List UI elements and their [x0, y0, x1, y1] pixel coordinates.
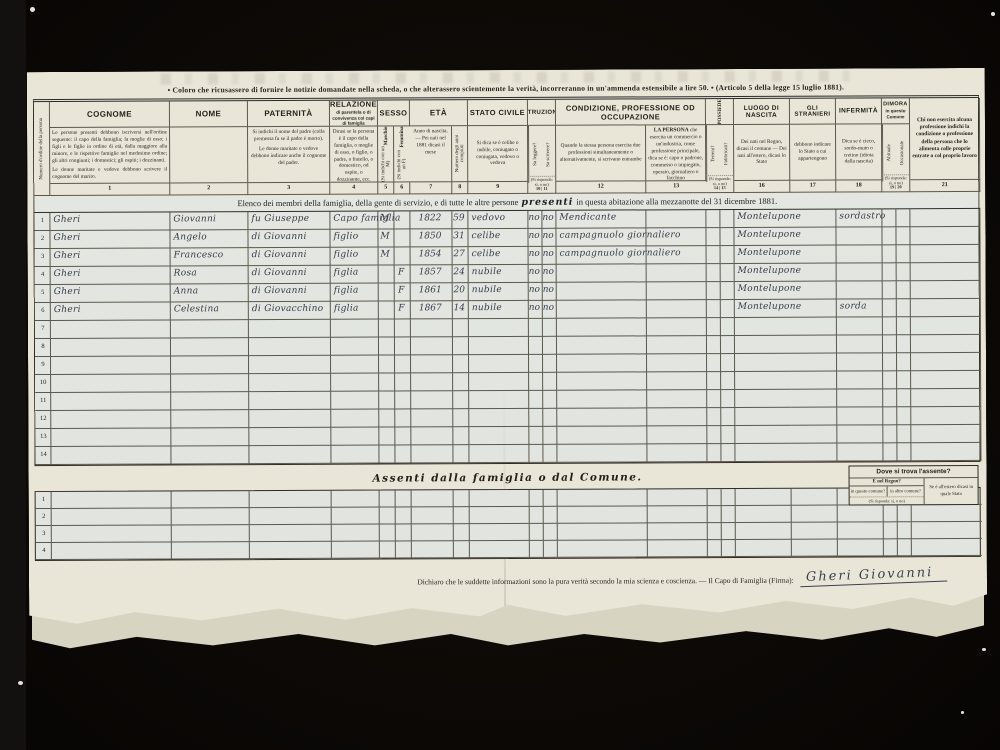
colnum-7: 7	[410, 182, 452, 194]
present-row-cell: 1822	[410, 211, 452, 229]
present-row-cell	[791, 264, 837, 282]
absent-row-cell	[412, 507, 454, 524]
present-row-cell: F	[395, 265, 411, 283]
present-row-cell	[707, 354, 721, 372]
infermita-desc: Dica se è cieco, sordo-muto o cretino (i…	[836, 124, 882, 180]
present-row-cell: 1857	[411, 265, 453, 283]
absent-row-cell	[648, 506, 708, 523]
col-relazione-title: RELAZIONE di parentela o di convivenza c…	[330, 101, 378, 127]
absent-row-cell	[792, 506, 838, 523]
col-eta-title: ETÀ	[410, 100, 468, 126]
present-row-cell	[331, 428, 379, 446]
eta-anno-desc: Anno di nascita. — Pei nati nel 1881 dic…	[410, 126, 452, 182]
present-row-cell	[249, 356, 331, 374]
absent-row-cell	[172, 542, 250, 559]
present-row-cell: di Giovanni	[249, 284, 331, 302]
present-row-cell: Montelupone	[734, 210, 790, 228]
absent-row-cell	[530, 541, 544, 558]
cognome-desc: Le persone presenti debbono iscriversi n…	[50, 127, 170, 184]
stato-title: STATO CIVILE	[470, 108, 525, 117]
absent-row-cell	[648, 540, 708, 557]
present-row-cell	[707, 264, 721, 282]
present-row-cell: nubile	[469, 265, 529, 283]
terreni-label: Terreni?	[706, 125, 720, 182]
colnum-2: 2	[170, 183, 248, 195]
present-row-cell: no	[529, 283, 543, 301]
present-row-cell	[379, 391, 395, 409]
present-row-cell: M	[378, 229, 394, 247]
present-row-cell	[469, 373, 529, 391]
present-row-cell	[557, 426, 647, 444]
cognome-desc-text: Le persone presenti debbono iscriversi n…	[52, 129, 167, 163]
sesso-title: SESSO	[380, 108, 408, 117]
present-row-cell	[469, 427, 529, 445]
present-row-cell: figlia	[331, 284, 379, 302]
present-row-cell	[171, 374, 249, 392]
luogo-desc: Dei nati nel Regno, dicasi il comune — D…	[734, 125, 790, 181]
photo-background: • Coloro che ricusassero di fornire le n…	[0, 0, 1000, 750]
present-row-cell	[331, 356, 379, 374]
present-row-cell: no	[543, 265, 557, 283]
present-row-cell	[897, 353, 911, 371]
head-of-family-signature: Gheri Giovanni	[799, 565, 947, 588]
present-row-cell: 1	[34, 213, 50, 231]
present-row-cell	[171, 338, 249, 356]
present-row-cell	[837, 263, 883, 281]
stranieri-title: GLI STRANIERI	[790, 105, 835, 117]
istruzione-num1: 10	[536, 186, 540, 191]
colnum-16: 16	[734, 181, 790, 193]
present-row-cell	[647, 372, 707, 390]
colnum-5: 5	[378, 182, 394, 194]
dove-note: (Si risponda: sì, o no)	[850, 496, 924, 504]
colnum-13: 13	[646, 181, 706, 193]
absent-row-cell	[396, 524, 412, 541]
cognome-title: COGNOME	[87, 110, 132, 119]
present-row-cell	[791, 336, 837, 354]
dove-regno-col: È nel Regno? in questo comune? in altro …	[850, 478, 925, 504]
present-row-cell	[411, 391, 453, 409]
present-row-cell	[529, 373, 543, 391]
present-row-cell	[646, 228, 706, 246]
present-row-cell	[171, 356, 249, 374]
present-row-cell	[911, 425, 981, 443]
present-row-cell: vedovo	[468, 211, 528, 229]
present-row-cell: 1850	[410, 229, 452, 247]
present-row-cell	[911, 443, 981, 461]
present-row-cell	[883, 425, 897, 443]
present-row-cell: di Giovacchino	[249, 302, 331, 320]
present-row-cell: Montelupone	[735, 246, 791, 264]
present-row-cell	[883, 407, 897, 425]
istruzione-subcols: Sa leggere? Sa scrivere? (Si risponda: s…	[528, 126, 556, 194]
present-row-cell	[51, 428, 171, 447]
absent-row-cell	[530, 524, 544, 541]
present-row-cell: 7	[35, 321, 51, 339]
present-row-cell: 4	[35, 267, 51, 285]
present-row-cell	[896, 209, 910, 227]
stato-desc: Si dica se è celibe o nubile, coniugato …	[468, 126, 528, 182]
present-row-cell	[896, 227, 910, 245]
dove-estero: Se è all'estero dicasi in quale Stato	[925, 478, 978, 504]
possiede-note: (Si risponda: sì, o no)	[709, 176, 731, 186]
present-row-cell	[883, 371, 897, 389]
absent-row-cell	[648, 489, 708, 506]
relazione-desc-text: Dirasi se la persona è il capo della fam…	[333, 129, 375, 183]
absent-row-cell	[648, 523, 708, 540]
absent-row-cell	[898, 505, 912, 522]
present-row-cell	[721, 426, 735, 444]
present-row-cell: Gheri	[51, 266, 171, 285]
present-row-cell: fu Giuseppe	[248, 212, 330, 230]
present-row-cell: figlio	[330, 230, 378, 248]
present-row-cell	[379, 373, 395, 391]
present-row-cell	[453, 445, 469, 463]
present-row-cell	[910, 209, 980, 227]
present-row-cell	[469, 409, 529, 427]
present-row-cell	[647, 336, 707, 354]
fabbricati-label: Fabbricati?	[720, 125, 733, 182]
present-row-cell	[51, 374, 171, 393]
absent-row-cell	[52, 525, 172, 543]
present-row-cell	[379, 427, 395, 445]
dimora-title: DIMORA	[883, 102, 908, 108]
present-row-cell	[647, 408, 707, 426]
present-row-cell	[883, 245, 897, 263]
condizione-desc1: Quando la stessa persona esercita due pr…	[556, 125, 646, 181]
present-row-cell	[791, 372, 837, 390]
present-row-cell: nubile	[469, 283, 529, 301]
dimora-subtitle: in questo Comune	[882, 109, 909, 120]
present-row-cell	[379, 301, 395, 319]
present-row-cell	[453, 391, 469, 409]
present-row-cell	[331, 392, 379, 410]
col-istruzione-title: ISTRUZIONE	[528, 100, 556, 126]
present-row-cell: M	[379, 247, 395, 265]
absent-row-cell	[530, 507, 544, 524]
present-row-cell: 2	[34, 231, 50, 249]
numero-label: Numero d'ordine della persona	[39, 118, 44, 180]
present-row-cell	[706, 210, 720, 228]
present-row-cell	[837, 353, 883, 371]
present-row-cell: Gheri	[50, 230, 170, 249]
relazione-title: RELAZIONE	[330, 101, 377, 109]
present-row-cell	[721, 408, 735, 426]
present-row-cell: 14	[35, 447, 51, 465]
absent-row-cell	[412, 490, 454, 507]
present-row-cell	[897, 317, 911, 335]
absent-row-cell	[454, 507, 470, 524]
photo-left-edge	[0, 0, 26, 750]
present-row-cell	[707, 372, 721, 390]
present-row-cell	[395, 337, 411, 355]
absent-row-cell	[52, 542, 172, 560]
caption-pre: Elenco dei membri della famiglia, della …	[237, 197, 518, 208]
present-row-cell: di Giovanni	[249, 248, 331, 266]
absent-row-cell	[396, 507, 412, 524]
absent-row-cell	[250, 508, 332, 525]
absent-row-cell	[736, 540, 792, 557]
present-row-cell	[837, 425, 883, 443]
present-row-cell	[379, 319, 395, 337]
present-row-cell	[51, 356, 171, 375]
absent-row-cell	[912, 522, 982, 539]
present-row-cell	[411, 409, 453, 427]
present-row-cell	[721, 336, 735, 354]
absent-row-cell	[250, 525, 332, 542]
present-row-cell: sorda	[837, 299, 883, 317]
present-row-cell	[897, 443, 911, 461]
possiede-num2: 15	[721, 185, 725, 190]
present-row-cell	[647, 246, 707, 264]
col-paternita-title: PATERNITÀ	[248, 101, 330, 127]
present-row-cell	[791, 300, 837, 318]
present-row-cell	[379, 337, 395, 355]
present-row-cell	[883, 263, 897, 281]
present-row-cell	[395, 391, 411, 409]
present-row-cell	[379, 409, 395, 427]
present-row-cell	[331, 320, 379, 338]
dust-speck	[961, 711, 964, 714]
present-row-cell	[791, 390, 837, 408]
present-row-cell: Gheri	[51, 302, 171, 321]
absent-row-cell	[558, 506, 648, 523]
absent-row-cell	[736, 489, 792, 506]
present-row-cell	[720, 228, 734, 246]
eta-anno-desc-text: Anno di nascita. — Pei nati nel 1881 dic…	[413, 128, 448, 155]
condizione-desc2-text: che esercita un commercio o un'industria…	[648, 127, 703, 181]
stranieri-desc: debbono indicare lo Stato a cui apparten…	[790, 125, 836, 181]
present-row-cell	[557, 444, 647, 462]
present-row-cell	[883, 299, 897, 317]
present-row-cell	[411, 319, 453, 337]
present-row-cell: Montelupone	[735, 264, 791, 282]
present-row-cell: F	[395, 283, 411, 301]
present-row-cell: 27	[453, 247, 469, 265]
present-row-cell	[171, 428, 249, 446]
census-sheet: • Coloro che ricusassero di fornire le n…	[27, 68, 987, 638]
present-row-cell	[411, 337, 453, 355]
istruzione-note: (Si risponda: sì, o no)	[531, 177, 553, 187]
present-row-cell: no	[543, 247, 557, 265]
eta-anni-label: Numero degli anni compiuti	[455, 126, 465, 181]
dust-speck	[991, 12, 995, 16]
absent-row-cell	[736, 506, 792, 523]
present-row-cell	[557, 354, 647, 372]
absent-row-cell: 2	[36, 509, 52, 526]
present-row-cell: figlia	[331, 266, 379, 284]
present-row-cell	[897, 335, 911, 353]
present-row-cell: no	[542, 211, 556, 229]
present-row-cell: no	[543, 283, 557, 301]
absent-row-cell	[884, 522, 898, 539]
present-row-cell	[543, 337, 557, 355]
present-row-cell	[911, 353, 981, 371]
abituale-label: Abituale	[882, 124, 896, 181]
present-row-cell	[51, 392, 171, 411]
present-row-cell	[543, 355, 557, 373]
absent-row-cell	[838, 539, 884, 556]
present-row-cell	[721, 354, 735, 372]
present-row-cell: 14	[453, 301, 469, 319]
absent-row-cell	[912, 505, 982, 522]
present-row-cell	[249, 428, 331, 446]
present-row-cell	[791, 354, 837, 372]
present-row-cell	[735, 390, 791, 408]
chi-text: Chi non esercita alcuna professione indi…	[912, 117, 977, 160]
present-row-cell	[791, 282, 837, 300]
present-row-cell	[647, 444, 707, 462]
present-row-cell	[897, 263, 911, 281]
absent-row-cell	[558, 523, 648, 540]
present-row-cell: no	[528, 229, 542, 247]
present-row-cell	[543, 445, 557, 463]
present-row-cell	[721, 318, 735, 336]
present-row-cell	[837, 371, 883, 389]
present-row-cell	[647, 318, 707, 336]
present-row-cell	[395, 409, 411, 427]
dove-altro-comune: in altro comune?	[887, 486, 924, 496]
present-row-cell: celibe	[469, 247, 529, 265]
absent-row-cell	[470, 524, 530, 541]
absent-row-cell	[544, 507, 558, 524]
present-row-cell: Gheri	[51, 284, 171, 303]
present-row-cell	[395, 427, 411, 445]
present-row-cell	[883, 389, 897, 407]
present-row-cell	[707, 336, 721, 354]
col-condizione-title: CONDIZIONE, PROFESSIONE OD OCCUPAZIONE	[556, 99, 706, 126]
absent-row-cell	[722, 540, 736, 557]
absent-row-cell	[792, 523, 838, 540]
present-row-cell	[249, 374, 331, 392]
nome-title: NOME	[196, 109, 222, 118]
col-luogo-title: LUOGO DI NASCITA	[734, 99, 790, 125]
present-row-cell	[331, 338, 379, 356]
present-row-cell: 20	[453, 283, 469, 301]
present-row-cell: no	[529, 265, 543, 283]
present-row-cell	[837, 443, 883, 461]
present-row-cell: 6	[35, 303, 51, 321]
dust-speck	[982, 648, 986, 651]
present-row-cell	[735, 408, 791, 426]
present-row-cell	[557, 372, 647, 390]
present-row-cell	[791, 246, 837, 264]
absent-row-cell	[380, 507, 396, 524]
absent-row-cell	[52, 508, 172, 526]
present-row-cell: Montelupone	[734, 228, 790, 246]
absent-row-cell	[454, 490, 470, 507]
present-row-cell	[720, 210, 734, 228]
colnum-17: 17	[790, 181, 836, 193]
present-row-cell	[557, 282, 647, 300]
present-row-cell	[721, 264, 735, 282]
present-row-cell	[707, 246, 721, 264]
present-row-cell	[707, 390, 721, 408]
present-row-cell	[897, 425, 911, 443]
present-row-cell	[911, 263, 981, 281]
col-nome-title: NOME	[170, 101, 248, 127]
present-row-cell	[395, 373, 411, 391]
present-row-cell	[469, 445, 529, 463]
absent-row-cell	[412, 541, 454, 558]
present-row-cell	[529, 355, 543, 373]
absent-row-cell	[172, 525, 250, 542]
absent-row-cell	[250, 491, 332, 508]
present-row-cell	[882, 209, 896, 227]
dimora-subcols: Abituale Occasionale (Si risponda: sì, o…	[882, 124, 910, 192]
present-row-cell	[647, 390, 707, 408]
present-row-cell	[647, 300, 707, 318]
dust-speck	[18, 681, 23, 685]
caption-post: in questa abitazione alla mezzanotte del…	[576, 196, 777, 207]
absent-row-cell	[380, 541, 396, 558]
present-row-cell: F	[395, 301, 411, 319]
absent-row-cell	[380, 490, 396, 507]
present-row-cell	[529, 409, 543, 427]
present-row-cell: Capo famiglia	[330, 212, 378, 230]
present-row-cell: di Giovanni	[248, 230, 330, 248]
possiede-title: POSSIEDE	[716, 99, 722, 124]
present-row-cell	[557, 408, 647, 426]
present-row-cell	[707, 282, 721, 300]
absent-row-cell	[470, 541, 530, 558]
present-row-cell	[911, 317, 981, 335]
present-row-cell	[249, 410, 331, 428]
present-row-cell	[469, 355, 529, 373]
present-row-cell	[453, 355, 469, 373]
present-row-cell	[331, 446, 379, 464]
present-row-cell	[721, 246, 735, 264]
present-row-cell	[707, 444, 721, 462]
absent-row-cell: 4	[36, 543, 52, 560]
condizione-desc2: LA PERSONA che esercita un commercio o u…	[646, 125, 706, 181]
present-row-cell	[557, 264, 647, 282]
absent-row-cell	[898, 539, 912, 556]
present-row-cell	[707, 408, 721, 426]
present-row-cell	[735, 426, 791, 444]
present-row-cell	[707, 300, 721, 318]
absent-row-cell	[396, 541, 412, 558]
col-numero-header: Numero d'ordine della persona	[34, 102, 50, 196]
present-row-cell	[379, 283, 395, 301]
present-row-cell	[721, 372, 735, 390]
present-row-cell: 3	[35, 249, 51, 267]
absent-row-cell	[708, 540, 722, 557]
present-row-cell	[411, 373, 453, 391]
present-row-cell	[51, 320, 171, 339]
absent-row-cell	[412, 524, 454, 541]
absent-row-cell	[722, 489, 736, 506]
absent-row-cell	[454, 524, 470, 541]
present-row-cell	[837, 317, 883, 335]
sa-scrivere-label: Sa scrivere?	[542, 126, 555, 183]
absent-row-cell	[470, 507, 530, 524]
infermita-title: INFERMITÀ	[839, 107, 878, 114]
present-row-cell	[543, 427, 557, 445]
nome-desc-empty	[170, 127, 248, 183]
present-row-cell: 59	[452, 211, 468, 229]
present-row-cell: Mendicante	[556, 210, 646, 228]
present-row-cell	[911, 281, 981, 299]
paternita-desc-text: Si indichi il nome del padre (colla prem…	[252, 129, 324, 142]
present-row-cell: campagnuolo giornaliero	[557, 246, 647, 264]
luogo-desc-text: Dei nati nel Regno, dicasi il comune — D…	[736, 139, 787, 167]
present-row-cell	[897, 281, 911, 299]
eta-anni-head: Numero degli anni compiuti	[452, 126, 468, 182]
present-row-cell	[721, 300, 735, 318]
paternita-desc: Si indichi il nome del padre (colla prem…	[248, 127, 330, 183]
absent-row-cell	[332, 508, 380, 525]
